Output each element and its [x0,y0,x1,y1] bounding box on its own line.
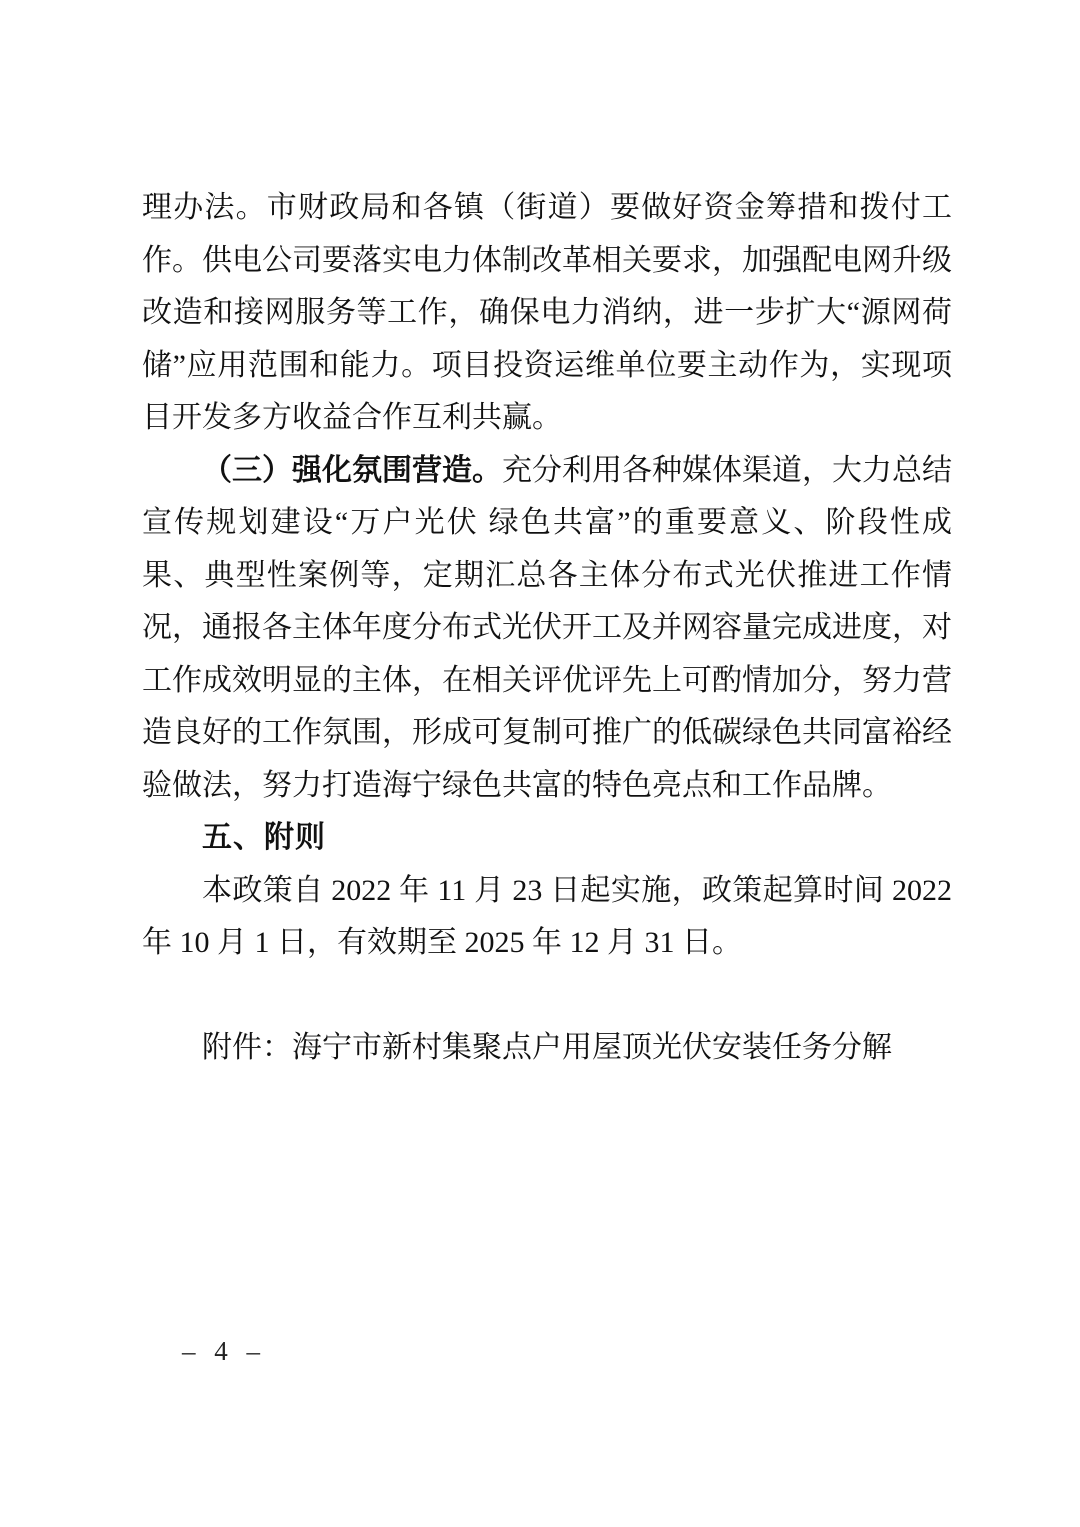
document-page: 理办法。市财政局和各镇（街道）要做好资金筹措和拨付工作。供电公司要落实电力体制改… [0,0,1080,1527]
attachment-line: 附件：海宁市新村集聚点户用屋顶光伏安装任务分解 [142,1022,952,1075]
paragraph-section-three: （三）强化氛围营造。充分利用各种媒体渠道，大力总结宣传规划建设“万户光伏 绿色共… [142,445,952,813]
section-three-body: 充分利用各种媒体渠道，大力总结宣传规划建设“万户光伏 绿色共富”的重要意义、阶段… [142,454,952,802]
section-five-heading: 五、附则 [142,812,952,865]
paragraph-continuation: 理办法。市财政局和各镇（街道）要做好资金筹措和拨付工作。供电公司要落实电力体制改… [142,182,952,445]
section-five-body: 本政策自 2022 年 11 月 23 日起实施，政策起算时间 2022 年 1… [142,865,952,970]
section-three-heading: （三）强化氛围营造。 [202,454,502,487]
document-body: 理办法。市财政局和各镇（街道）要做好资金筹措和拨付工作。供电公司要落实电力体制改… [142,182,952,1074]
page-number: – 4 – [182,1336,266,1367]
